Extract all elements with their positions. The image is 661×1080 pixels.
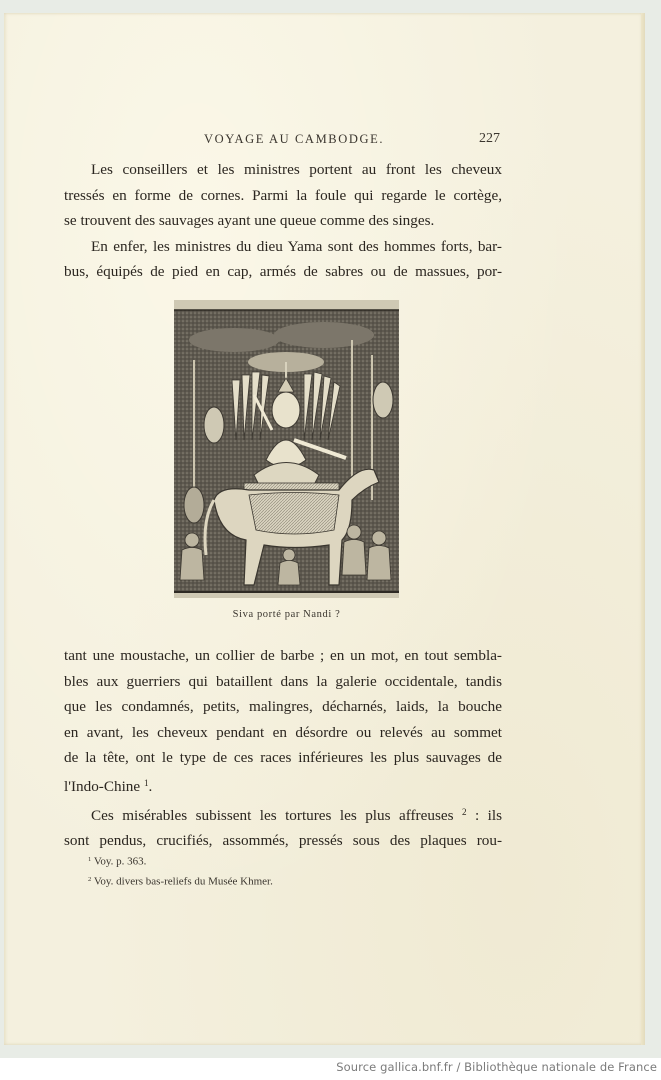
text-block-top: Les conseillers et les ministres portent… [64,157,502,285]
text-fragment: l'Indo-Chine [64,778,140,795]
figure-engraving [174,300,399,598]
footnote-1: 1 Voy. p. 363. [88,851,273,871]
text-line: tressés en forme de cornes. Parmi la fou… [64,183,502,209]
figure-caption: Siva porté par Nandi ? [4,609,569,620]
text-line: En enfer, les ministres du dieu Yama son… [64,234,502,260]
text-line: tant une moustache, un collier de barbe … [64,643,502,669]
source-credit: Source gallica.bnf.fr / Bibliothèque nat… [336,1060,657,1074]
text-line: se trouvent des sauvages ayant une queue… [64,208,502,234]
bas-relief-illustration [174,300,399,598]
text-line: l'Indo-Chine 1. [64,771,502,800]
text-line: sont pendus, crucifiés, assommés, pressé… [64,828,502,854]
footnotes: 1 Voy. p. 363. 2 Voy. divers bas-reliefs… [88,851,273,890]
source-credit-bar: Source gallica.bnf.fr / Bibliothèque nat… [0,1058,661,1080]
footnote-text: Voy. divers bas-reliefs du Musée Khmer. [91,875,273,887]
punctuation: . [149,778,153,795]
text-line: de la tête, ont le type de ces races inf… [64,745,502,771]
footnote-2: 2 Voy. divers bas-reliefs du Musée Khmer… [88,871,273,891]
text-line: Les conseillers et les ministres portent… [64,157,502,183]
document-viewer: VOYAGE AU CAMBODGE. 227 Les conseillers … [0,0,661,1058]
text-line: Ces misérables subissent les tortures le… [64,800,502,829]
text-block-bottom: tant une moustache, un collier de barbe … [64,643,502,854]
text-line: bles aux guerriers qui bataillent dans l… [64,669,502,695]
page-edge [641,13,645,1045]
paragraph: Ces misérables subissent les tortures le… [64,800,502,854]
paragraph: Les conseillers et les ministres portent… [64,157,502,234]
running-head: VOYAGE AU CAMBODGE. [204,132,384,147]
text-line: que les condamnés, petits, malingres, dé… [64,694,502,720]
text-line: bus, équipés de pied en cap, armés de sa… [64,259,502,285]
page-number: 227 [479,131,500,147]
book-page: VOYAGE AU CAMBODGE. 227 Les conseillers … [4,13,645,1045]
text-line: en avant, les cheveux pendant en désordr… [64,720,502,746]
text-fragment: Ces misérables subissent les tortures le… [91,807,454,824]
paragraph: tant une moustache, un collier de barbe … [64,643,502,800]
paragraph: En enfer, les ministres du dieu Yama son… [64,234,502,285]
footnote-text: Voy. p. 363. [91,856,146,868]
text-fragment: : ils [467,807,502,824]
